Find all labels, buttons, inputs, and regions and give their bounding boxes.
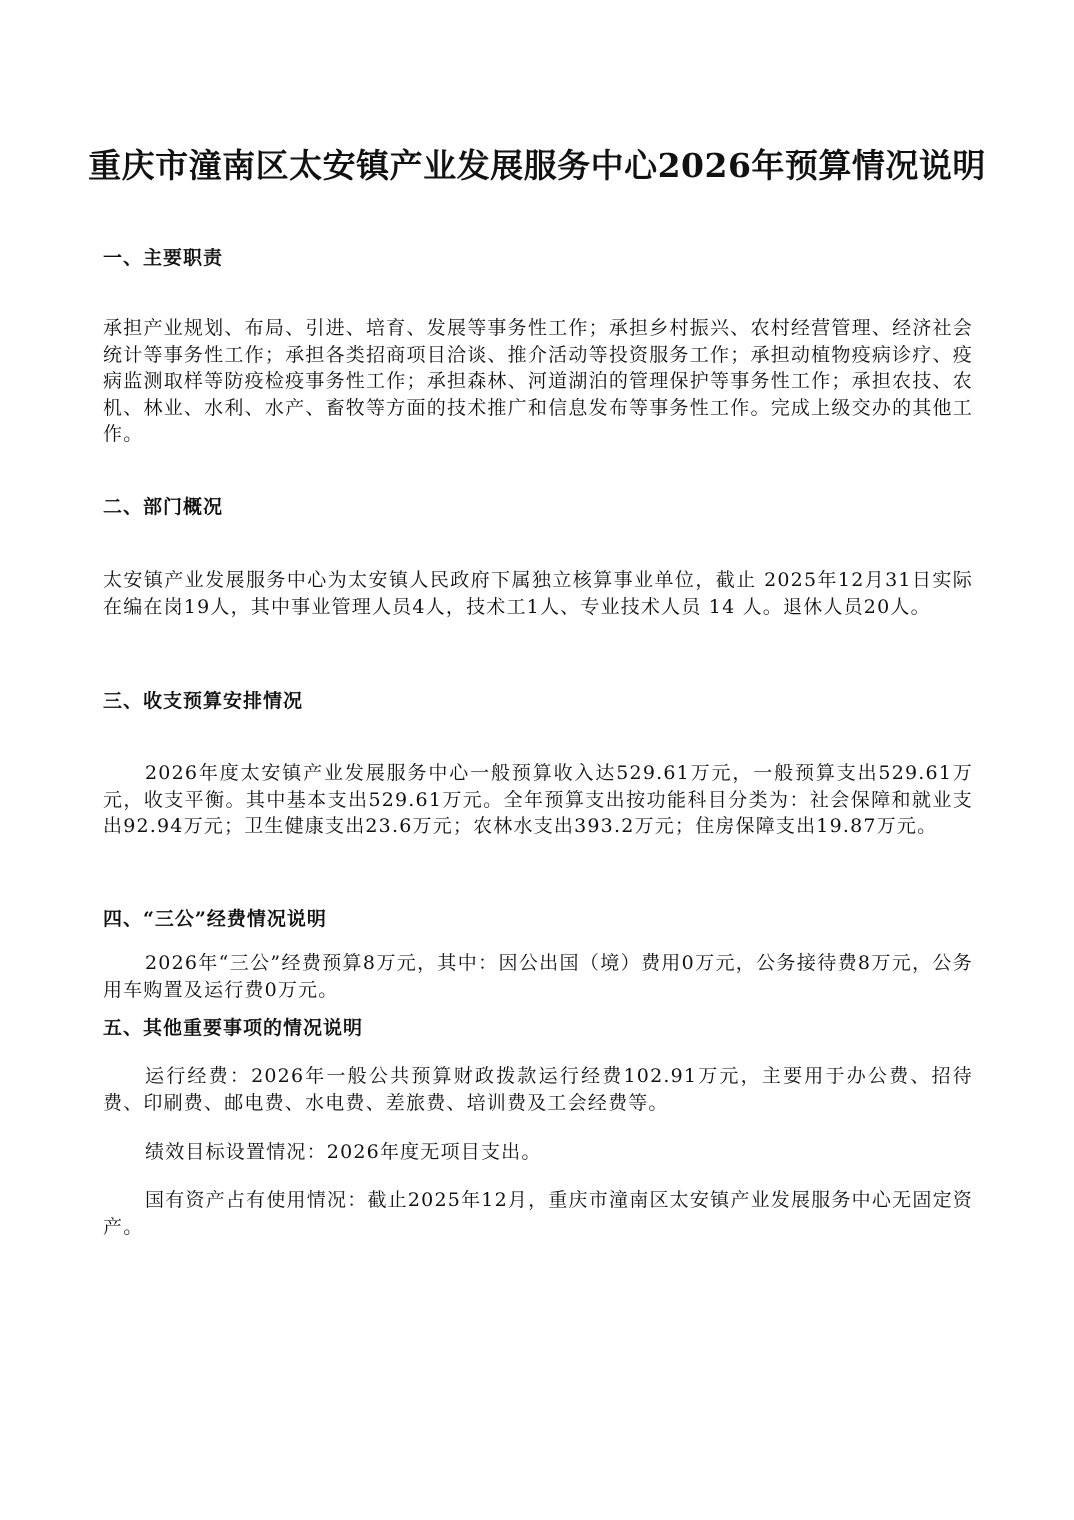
paragraph-operating-expenses: 运行经费：2026年一般公共预算财政拨款运行经费102.91万元，主要用于办公费… [103, 1063, 973, 1116]
paragraph-overview: 太安镇产业发展服务中心为太安镇人民政府下属独立核算事业单位，截止 2025年12… [103, 567, 973, 620]
section-heading-other: 五、其他重要事项的情况说明 [103, 1014, 363, 1042]
section-heading-duties: 一、主要职责 [103, 244, 223, 272]
paragraph-performance-goals: 绩效目标设置情况：2026年度无项目支出。 [103, 1139, 973, 1166]
paragraph-three-public: 2026年“三公”经费预算8万元，其中：因公出国（境）费用0万元，公务接待费8万… [103, 950, 973, 1003]
section-heading-three-public: 四、“三公”经费情况说明 [103, 905, 327, 933]
paragraph-state-assets: 国有资产占有使用情况：截止2025年12月，重庆市潼南区太安镇产业发展服务中心无… [103, 1187, 973, 1240]
paragraph-budget: 2026年度太安镇产业发展服务中心一般预算收入达529.61万元，一般预算支出5… [103, 760, 973, 840]
document-title: 重庆市潼南区太安镇产业发展服务中心2026年预算情况说明 [0, 142, 1074, 190]
document-page: 重庆市潼南区太安镇产业发展服务中心2026年预算情况说明 一、主要职责 承担产业… [0, 0, 1074, 1520]
section-heading-budget: 三、收支预算安排情况 [103, 687, 303, 715]
paragraph-duties: 承担产业规划、布局、引进、培育、发展等事务性工作；承担乡村振兴、农村经营管理、经… [103, 315, 973, 448]
section-heading-overview: 二、部门概况 [103, 493, 223, 521]
